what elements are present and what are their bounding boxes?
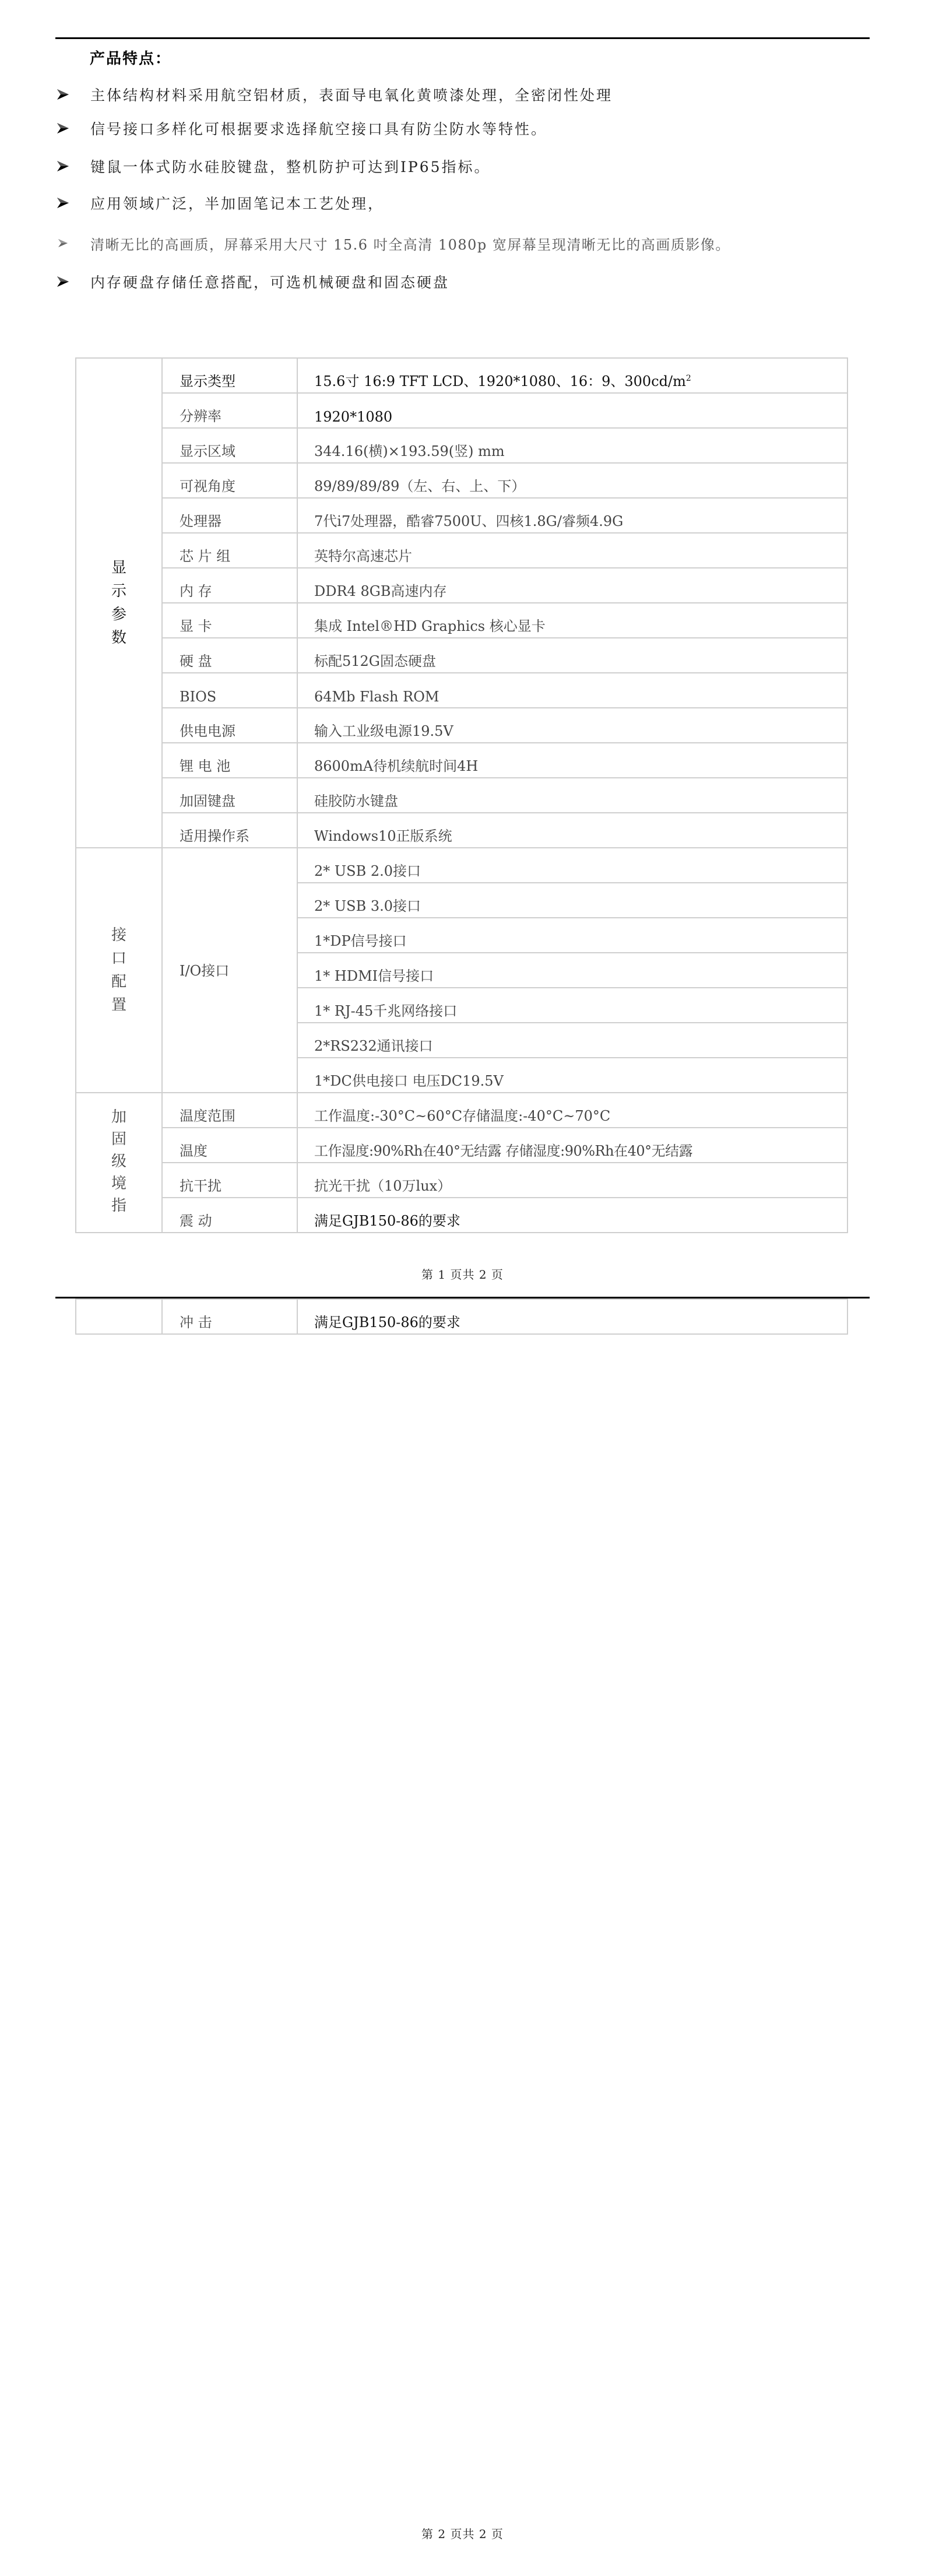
table-row: 温度工作湿度:90%Rh在40°无结露 存储湿度:90%Rh在40°无结露	[76, 1128, 847, 1163]
table-row: 加固级境指 温度范围 工作温度:-30°C~60°C存储温度:-40°C~70°…	[76, 1093, 847, 1128]
spec-value: 2* USB 3.0接口	[297, 883, 847, 918]
spec-value: 输入工业级电源19.5V	[297, 708, 847, 743]
list-item: 内存硬盘存储任意搭配，可选机械硬盘和固态硬盘	[57, 270, 449, 293]
spec-name: 供电电源	[162, 708, 297, 743]
spec-value: 2*RS232通讯接口	[297, 1023, 847, 1058]
table-row: 适用操作系Windows10正版系统	[76, 813, 847, 848]
table-row: 显示参数 显示类型 15.6寸 16:9 TFT LCD、1920*1080、1…	[76, 358, 847, 393]
spec-value: 15.6寸 16:9 TFT LCD、1920*1080、16：9、300cd/…	[297, 358, 847, 393]
spec-name: 可视角度	[162, 463, 297, 498]
spec-value: 标配512G固态硬盘	[297, 638, 847, 673]
table-row: 分辨率1920*1080	[76, 393, 847, 428]
spec-value: 集成 Intel®HD Graphics 核心显卡	[297, 603, 847, 638]
spec-value: 满足GJB150-86的要求	[297, 1299, 847, 1334]
spec-name: 内 存	[162, 568, 297, 603]
arrow-bullet-icon	[57, 196, 69, 209]
spec-name: 显示区域	[162, 428, 297, 463]
spec-name: 温度	[162, 1128, 297, 1163]
spec-value: 2* USB 2.0接口	[297, 848, 847, 883]
spec-name: 显示类型	[162, 358, 297, 393]
spec-value: 64Mb Flash ROM	[297, 673, 847, 708]
spec-value: 7代i7处理器，酷睿7500U、四核1.8G/睿频4.9G	[297, 498, 847, 533]
list-item-text: 清晰无比的高画质，屏幕采用大尺寸 15.6 吋全高清 1080p 宽屏幕呈现清晰…	[90, 233, 730, 254]
table-row: 锂 电 池8600mA待机续航时间4H	[76, 743, 847, 778]
spec-name: 震 动	[162, 1198, 297, 1233]
spec-name: 冲 击	[162, 1299, 297, 1334]
spec-name: 温度范围	[162, 1093, 297, 1128]
spec-value: 1*DC供电接口 电压DC19.5V	[297, 1058, 847, 1093]
spec-name: 硬 盘	[162, 638, 297, 673]
spec-value: 工作温度:-30°C~60°C存储温度:-40°C~70°C	[297, 1093, 847, 1128]
spec-value: DDR4 8GB高速内存	[297, 568, 847, 603]
spec-name: 适用操作系	[162, 813, 297, 848]
spec-value: 满足GJB150-86的要求	[297, 1198, 847, 1233]
spec-value: 1* HDMI信号接口	[297, 953, 847, 988]
section-label-text: 加固级境指	[110, 1106, 128, 1217]
spec-value-text: 15.6寸 16:9 TFT LCD、1920*1080、16：9、300cd/…	[314, 373, 686, 389]
spec-value: 抗光干扰（10万lux）	[297, 1163, 847, 1198]
spec-name: 加固键盘	[162, 778, 297, 813]
spec-name: 分辨率	[162, 393, 297, 428]
table-row: 加固键盘硅胶防水键盘	[76, 778, 847, 813]
spec-table: 显示参数 显示类型 15.6寸 16:9 TFT LCD、1920*1080、1…	[75, 357, 848, 1233]
table-row: BIOS64Mb Flash ROM	[76, 673, 847, 708]
section-label-interfaces: 接口配置	[76, 848, 162, 1093]
section-label-empty	[76, 1299, 162, 1334]
spec-name: BIOS	[162, 673, 297, 708]
spec-name: 锂 电 池	[162, 743, 297, 778]
table-row: 接口配置 I/O接口 2* USB 2.0接口	[76, 848, 847, 883]
table-row: 处理器7代i7处理器，酷睿7500U、四核1.8G/睿频4.9G	[76, 498, 847, 533]
spec-value: 硅胶防水键盘	[297, 778, 847, 813]
spec-value: 8600mA待机续航时间4H	[297, 743, 847, 778]
arrow-bullet-icon	[57, 122, 69, 135]
page-top-rule	[55, 37, 870, 39]
arrow-bullet-icon	[57, 160, 69, 173]
table-row: 冲 击 满足GJB150-86的要求	[76, 1299, 847, 1334]
table-row: 显 卡集成 Intel®HD Graphics 核心显卡	[76, 603, 847, 638]
table-row: 可视角度89/89/89/89（左、右、上、下）	[76, 463, 847, 498]
table-row: 震 动满足GJB150-86的要求	[76, 1198, 847, 1233]
table-row: 芯 片 组英特尔高速芯片	[76, 533, 847, 568]
list-item: 主体结构材料采用航空铝材质，表面导电氧化黄喷漆处理，全密闭性处理	[57, 83, 613, 106]
list-item-text: 内存硬盘存储任意搭配，可选机械硬盘和固态硬盘	[90, 271, 449, 292]
arrow-bullet-icon	[57, 237, 69, 250]
spec-value: 344.16(横)×193.59(竖) mm	[297, 428, 847, 463]
table-row: 内 存DDR4 8GB高速内存	[76, 568, 847, 603]
arrow-bullet-icon	[57, 275, 69, 288]
list-item-text: 主体结构材料采用航空铝材质，表面导电氧化黄喷漆处理，全密闭性处理	[90, 84, 613, 105]
spec-name: 处理器	[162, 498, 297, 533]
spec-name: 显 卡	[162, 603, 297, 638]
table-row: 抗干扰抗光干扰（10万lux）	[76, 1163, 847, 1198]
list-item-text: 应用领域广泛，半加固笔记本工艺处理，	[90, 192, 384, 213]
section-label-display: 显示参数	[76, 358, 162, 848]
spec-name: 芯 片 组	[162, 533, 297, 568]
list-item-text: 信号接口多样化可根据要求选择航空接口具有防尘防水等特性。	[90, 118, 547, 139]
table-row: 供电电源输入工业级电源19.5V	[76, 708, 847, 743]
spec-value: 1*DP信号接口	[297, 918, 847, 953]
section-label-text: 显示参数	[110, 556, 128, 650]
spec-value: Windows10正版系统	[297, 813, 847, 848]
spec-value: 1* RJ-45千兆网络接口	[297, 988, 847, 1023]
spec-value: 工作湿度:90%Rh在40°无结露 存储湿度:90%Rh在40°无结露	[297, 1128, 847, 1163]
table-row: 显示区域344.16(横)×193.59(竖) mm	[76, 428, 847, 463]
spec-value: 89/89/89/89（左、右、上、下）	[297, 463, 847, 498]
list-item: 键鼠一体式防水硅胶键盘，整机防护可达到IP65指标。	[57, 155, 491, 178]
table-row: 硬 盘标配512G固态硬盘	[76, 638, 847, 673]
page-footer: 第 1 页共 2 页	[0, 1265, 925, 1282]
spec-name: 抗干扰	[162, 1163, 297, 1198]
arrow-bullet-icon	[57, 88, 69, 101]
list-item: 应用领域广泛，半加固笔记本工艺处理，	[57, 191, 384, 215]
section-heading: 产品特点：	[90, 47, 171, 68]
section-label-environment: 加固级境指	[76, 1093, 162, 1233]
page-footer: 第 2 页共 2 页	[0, 2525, 925, 2542]
spec-value: 英特尔高速芯片	[297, 533, 847, 568]
list-item-text: 键鼠一体式防水硅胶键盘，整机防护可达到IP65指标。	[90, 156, 491, 177]
list-item: 清晰无比的高画质，屏幕采用大尺寸 15.6 吋全高清 1080p 宽屏幕呈现清晰…	[57, 231, 730, 255]
section-label-text: 接口配置	[110, 924, 128, 1017]
spec-name: I/O接口	[162, 848, 297, 1093]
spec-table-continued: 冲 击 满足GJB150-86的要求	[75, 1298, 848, 1335]
superscript: 2	[686, 374, 691, 383]
list-item: 信号接口多样化可根据要求选择航空接口具有防尘防水等特性。	[57, 117, 547, 140]
spec-value: 1920*1080	[297, 393, 847, 428]
